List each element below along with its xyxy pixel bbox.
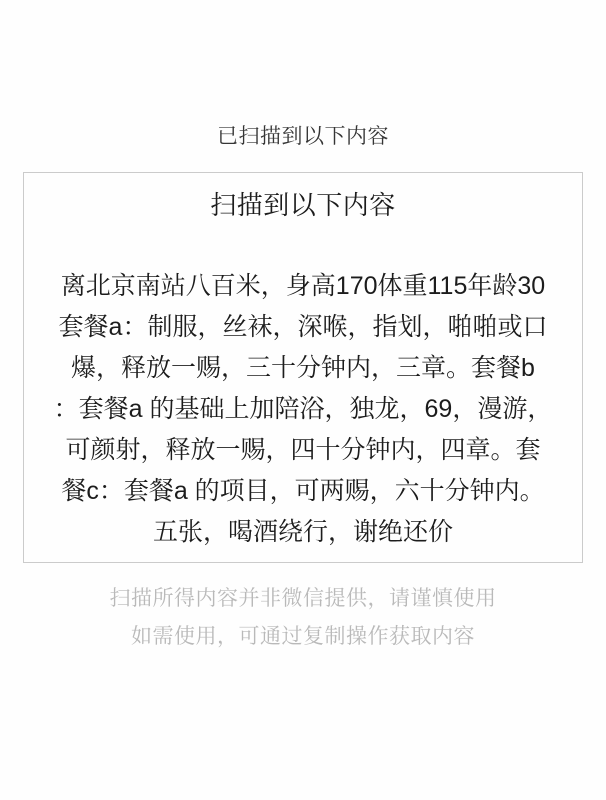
scanned-text-line: 套餐a：制服，丝袜，深喉，指划，啪啪或口: [34, 307, 572, 348]
scanned-text-line: ：套餐a 的基础上加陪浴，独龙，69，漫游，: [34, 389, 572, 430]
disclaimer-line-2: 如需使用，可通过复制操作获取内容: [0, 618, 606, 656]
scan-result-box: 扫描到以下内容 离北京南站八百米，身高170体重115年龄30 套餐a：制服，丝…: [23, 172, 583, 563]
disclaimer: 扫描所得内容并非微信提供，请谨慎使用 如需使用，可通过复制操作获取内容: [0, 580, 606, 656]
scan-box-title: 扫描到以下内容: [24, 190, 582, 220]
disclaimer-line-1: 扫描所得内容并非微信提供，请谨慎使用: [0, 580, 606, 618]
scanned-text-line: 爆，释放一赐，三十分钟内，三章。套餐b: [34, 348, 572, 389]
scan-result-page: 已扫描到以下内容 扫描到以下内容 离北京南站八百米，身高170体重115年龄30…: [0, 0, 606, 800]
scanned-text-line: 可颜射，释放一赐，四十分钟内，四章。套: [34, 430, 572, 471]
scanned-text-line: 餐c：套餐a 的项目，可两赐，六十分钟内。: [34, 471, 572, 512]
scanned-text-line: 离北京南站八百米，身高170体重115年龄30: [34, 266, 572, 307]
scanned-text-content[interactable]: 离北京南站八百米，身高170体重115年龄30 套餐a：制服，丝袜，深喉，指划，…: [34, 266, 572, 553]
scanned-text-line: 五张，喝酒绕行，谢绝还价: [34, 512, 572, 553]
page-title: 已扫描到以下内容: [0, 124, 606, 149]
